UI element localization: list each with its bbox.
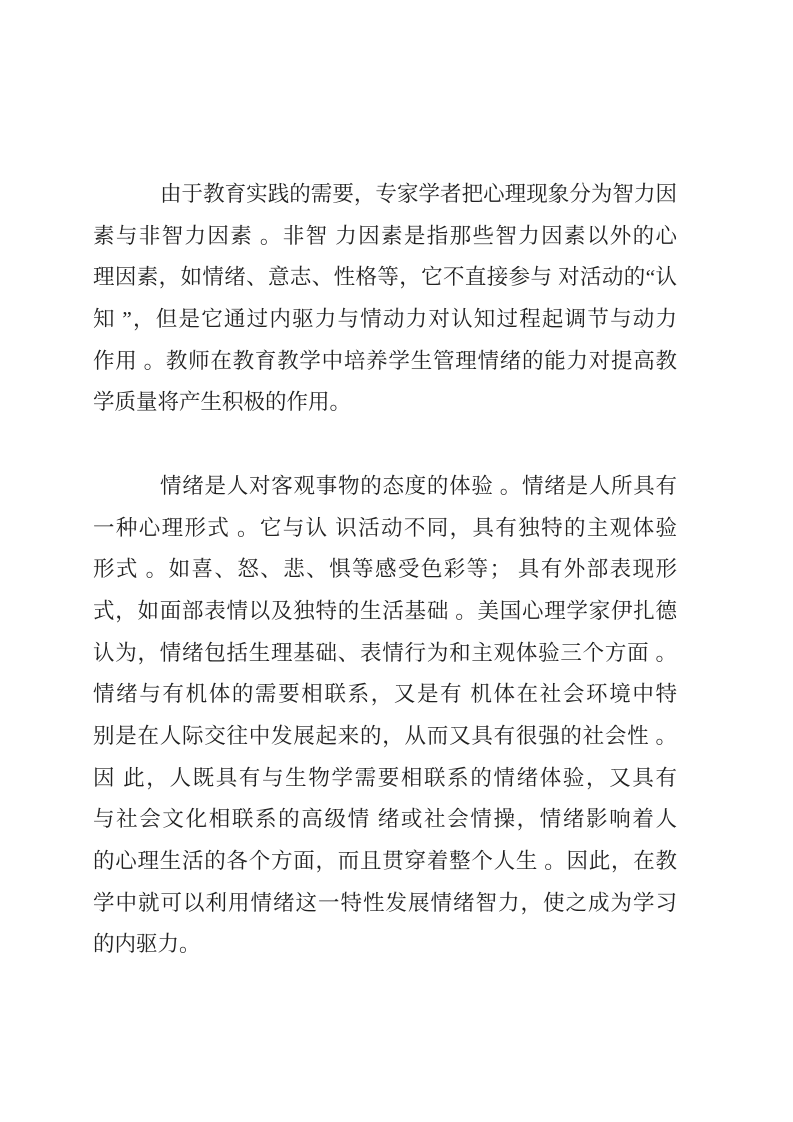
text-line: 的心理生活的各个方面，而且贯穿着整个人生 。因此，在教 [93, 841, 677, 883]
text-line: 式，如面部表情以及独特的生活基础 。美国心理学家伊扎德 [93, 591, 677, 633]
text-line: 因 此，人既具有与生物学需要相联系的情绪体验，又具有 [93, 758, 677, 800]
text-line: 由于教育实践的需要，专家学者把心理现象分为智力因 [93, 174, 677, 216]
text-line: 别是在人际交往中发展起来的，从而又具有很强的社会性 。 [93, 716, 677, 758]
text-line: 学质量将产生积极的作用。 [93, 382, 677, 424]
text-line: 一种心理形式 。它与认 识活动不同，具有独特的主观体验 [93, 508, 677, 550]
text-line: 学中就可以利用情绪这一特性发展情绪智力，使之成为学习 [93, 883, 677, 925]
document-page: 由于教育实践的需要，专家学者把心理现象分为智力因 素与非智力因素 。非智 力因素… [0, 0, 793, 1122]
text-line: 知 ”，但是它通过内驱力与情动力对认知过程起调节与动力 [93, 299, 677, 341]
text-line: 素与非智力因素 。非智 力因素是指那些智力因素以外的心 [93, 216, 677, 258]
text-line: 的内驱力。 [93, 924, 677, 966]
text-line: 情绪与有机体的需要相联系，又是有 机体在社会环境中特 [93, 674, 677, 716]
paragraph-1: 由于教育实践的需要，专家学者把心理现象分为智力因 素与非智力因素 。非智 力因素… [93, 174, 677, 424]
text-line: 认为，情绪包括生理基础、表情行为和主观体验三个方面 。 [93, 633, 677, 675]
text-line: 作用 。教师在教育教学中培养学生管理情绪的能力对提高教 [93, 341, 677, 383]
paragraph-2: 情绪是人对客观事物的态度的体验 。情绪是人所具有的 一种心理形式 。它与认 识活… [93, 466, 677, 966]
text-line: 情绪是人对客观事物的态度的体验 。情绪是人所具有的 [93, 466, 677, 508]
text-line: 理因素，如情绪、意志、性格等，它不直接参与 对活动的“认 [93, 257, 677, 299]
text-block: 由于教育实践的需要，专家学者把心理现象分为智力因 素与非智力因素 。非智 力因素… [93, 174, 677, 966]
text-line: 与社会文化相联系的高级情 绪或社会情操，情绪影响着人 [93, 799, 677, 841]
text-line: 形式 。如喜、怒、悲、惧等感受色彩等； 具有外部表现形 [93, 549, 677, 591]
